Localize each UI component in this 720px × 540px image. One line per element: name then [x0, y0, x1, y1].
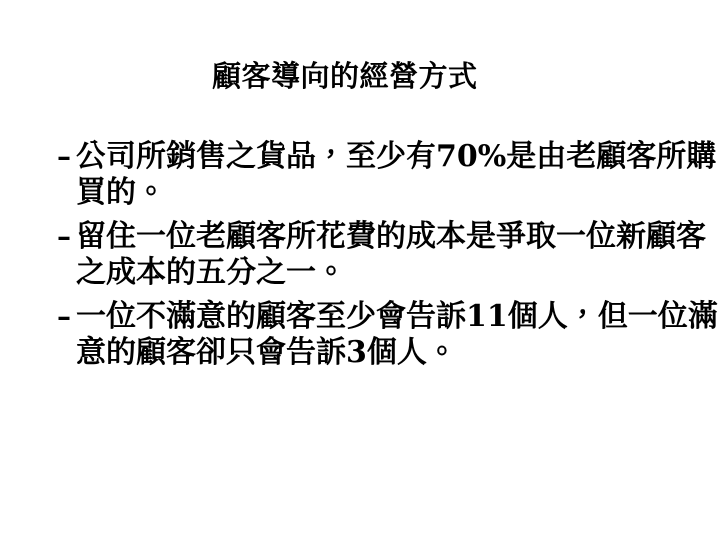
bullet-line: 公司所銷售之貨品，至少有70%是由老顧客所購 — [76, 139, 716, 175]
bullet-item-2: – 留住一位老顧客所花費的成本是爭取一位新顧客 之成本的五分之一。 — [57, 219, 713, 291]
bullet-text: 一位不滿意的顧客至少會告訴11個人，但一位滿 意的顧客卻只會告訴3個人。 — [76, 299, 718, 371]
bullet-dash-marker: – — [57, 299, 76, 335]
bullet-line: 意的顧客卻只會告訴3個人。 — [76, 335, 718, 371]
bullet-dash-marker: – — [57, 219, 76, 255]
bullet-line: 留住一位老顧客所花費的成本是爭取一位新顧客 — [76, 219, 713, 255]
bullet-dash-marker: – — [57, 139, 76, 175]
bullet-line: 一位不滿意的顧客至少會告訴11個人，但一位滿 — [76, 299, 718, 335]
bullet-text: 公司所銷售之貨品，至少有70%是由老顧客所購 買的。 — [76, 139, 716, 211]
bullet-line: 買的。 — [76, 175, 716, 211]
slide-title: 顧客導向的經營方式 — [212, 58, 478, 94]
bullet-list: – 公司所銷售之貨品，至少有70%是由老顧客所購 買的。 – 留住一位老顧客所花… — [57, 139, 713, 379]
bullet-item-3: – 一位不滿意的顧客至少會告訴11個人，但一位滿 意的顧客卻只會告訴3個人。 — [57, 299, 713, 371]
bullet-line: 之成本的五分之一。 — [76, 255, 713, 291]
bullet-text: 留住一位老顧客所花費的成本是爭取一位新顧客 之成本的五分之一。 — [76, 219, 713, 291]
bullet-item-1: – 公司所銷售之貨品，至少有70%是由老顧客所購 買的。 — [57, 139, 713, 211]
presentation-slide: 顧客導向的經營方式 – 公司所銷售之貨品，至少有70%是由老顧客所購 買的。 –… — [0, 0, 720, 540]
